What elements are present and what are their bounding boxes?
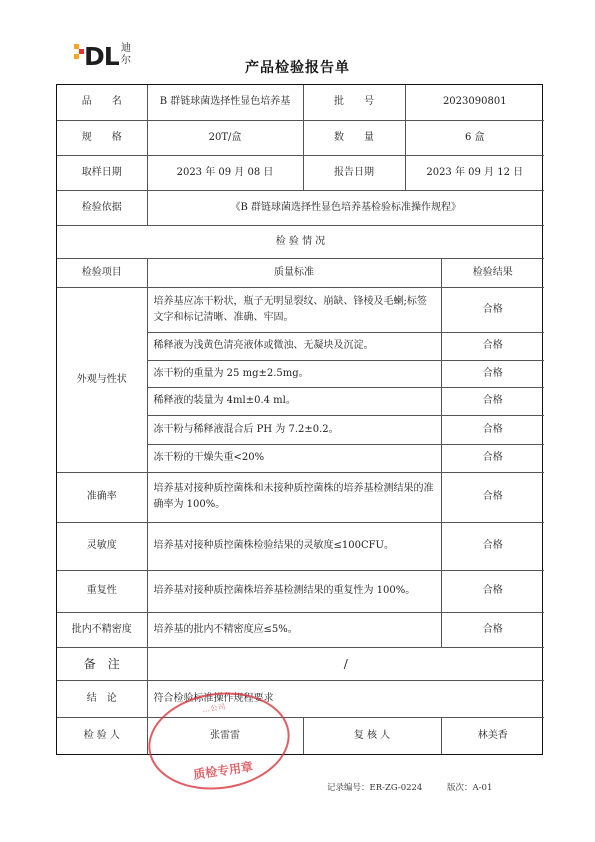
report-table: 品 名 B 群链球菌选择性显色培养基 批 号 2023090801 规 格 20… [56, 84, 543, 755]
value-inspector: 张雷雷 [147, 717, 303, 754]
result-cell: 合格 [441, 444, 544, 472]
value-batch-no: 2023090801 [405, 85, 544, 120]
value-sample-date: 2023 年 09 月 08 日 [147, 155, 303, 190]
result-cell: 合格 [441, 612, 544, 647]
label-product-name: 品 名 [57, 85, 147, 120]
result-cell: 合格 [441, 415, 544, 444]
table-row: 批内不精密度 培养基的批内不精密度应≤5%。 合格 [57, 612, 544, 647]
label-report-date: 报告日期 [303, 155, 405, 190]
result-cell: 合格 [441, 287, 544, 332]
report-title: 产品检验报告单 [0, 57, 595, 77]
footer: 记录编号：ER-ZG-0224 版次：A-01 [327, 781, 514, 793]
table-row: 重复性 培养基对接种质控菌株培养基检测结果的重复性为 100%。 合格 [57, 570, 544, 612]
basis-row: 检验依据 《B 群链球菌选择性显色培养基检验标准操作规程》 [57, 190, 544, 225]
value-basis: 《B 群链球菌选择性显色培养基检验标准操作规程》 [147, 190, 544, 225]
standard-cell: 冻干粉与稀释液混合后 PH 为 7.2±0.2。 [147, 415, 441, 444]
table-row: 外观与性状 培养基应冻干粉状，瓶子无明显裂纹、崩缺、锋棱及毛蝲;标签文字和标记清… [57, 287, 544, 332]
value-conclusion: 符合检验标准操作规程要求 [147, 680, 544, 717]
item-sensitivity: 灵敏度 [57, 522, 147, 570]
value-remarks: / [147, 647, 544, 680]
standard-cell: 稀释液为浅黄色清亮液体或微浊、无凝块及沉淀。 [147, 332, 441, 360]
item-repeatability: 重复性 [57, 570, 147, 612]
item-accuracy: 准确率 [57, 472, 147, 522]
result-cell: 合格 [441, 332, 544, 360]
section-title-row: 检 验 情 况 [57, 225, 544, 258]
standard-cell: 培养基对接种质控菌株培养基检测结果的重复性为 100%。 [147, 570, 441, 612]
label-batch-no: 批 号 [303, 85, 405, 120]
signature-row: 检 验 人 张雷雷 复 核 人 林美香 [57, 717, 544, 754]
header-row-product: 品 名 B 群链球菌选择性显色培养基 批 号 2023090801 [57, 85, 544, 120]
label-quantity: 数 量 [303, 120, 405, 155]
standard-cell: 培养基的批内不精密度应≤5%。 [147, 612, 441, 647]
table-row: 准确率 培养基对接种质控菌株和未接种质控菌株的培养基检测结果的准确率为 100%… [57, 472, 544, 522]
record-number: 记录编号：ER-ZG-0224 [327, 783, 422, 793]
table-row: 灵敏度 培养基对接种质控菌株检验结果的灵敏度≤100CFU。 合格 [57, 522, 544, 570]
item-precision: 批内不精密度 [57, 612, 147, 647]
col-result: 检验结果 [441, 258, 544, 287]
section-title: 检 验 情 况 [57, 225, 544, 258]
remarks-row: 备 注 / [57, 647, 544, 680]
label-remarks: 备 注 [57, 647, 147, 680]
standard-cell: 稀释液的装量为 4ml±0.4 ml。 [147, 387, 441, 415]
result-cell: 合格 [441, 472, 544, 522]
result-cell: 合格 [441, 522, 544, 570]
standard-cell: 冻干粉的干燥失重<20% [147, 444, 441, 472]
label-reviewer: 复 核 人 [303, 717, 441, 754]
col-standard: 质量标准 [147, 258, 441, 287]
header-row-dates: 取样日期 2023 年 09 月 08 日 报告日期 2023 年 09 月 1… [57, 155, 544, 190]
item-appearance: 外观与性状 [57, 287, 147, 472]
value-product-name: B 群链球菌选择性显色培养基 [147, 85, 303, 120]
conclusion-row: 结 论 符合检验标准操作规程要求 [57, 680, 544, 717]
standard-cell: 培养基对接种质控菌株检验结果的灵敏度≤100CFU。 [147, 522, 441, 570]
value-spec: 20T/盒 [147, 120, 303, 155]
value-reviewer: 林美香 [441, 717, 544, 754]
label-sample-date: 取样日期 [57, 155, 147, 190]
header-row-spec: 规 格 20T/盒 数 量 6 盒 [57, 120, 544, 155]
stamp-bottom-text: 质检专用章 [154, 752, 293, 788]
standard-cell: 冻干粉的重量为 25 mg±2.5mg。 [147, 360, 441, 387]
label-inspector: 检 验 人 [57, 717, 147, 754]
result-cell: 合格 [441, 387, 544, 415]
standard-cell: 培养基对接种质控菌株和未接种质控菌株的培养基检测结果的准确率为 100%。 [147, 472, 441, 522]
label-conclusion: 结 论 [57, 680, 147, 717]
result-cell: 合格 [441, 360, 544, 387]
standard-cell: 培养基应冻干粉状，瓶子无明显裂纹、崩缺、锋棱及毛蝲;标签文字和标记清晰、准确、牢… [147, 287, 441, 332]
version: 版次：A-01 [447, 783, 492, 793]
label-basis: 检验依据 [57, 190, 147, 225]
label-spec: 规 格 [57, 120, 147, 155]
logo-cn-1: 迪 [121, 43, 131, 55]
value-report-date: 2023 年 09 月 12 日 [405, 155, 544, 190]
col-item: 检验项目 [57, 258, 147, 287]
result-cell: 合格 [441, 570, 544, 612]
value-quantity: 6 盒 [405, 120, 544, 155]
column-header-row: 检验项目 质量标准 检验结果 [57, 258, 544, 287]
